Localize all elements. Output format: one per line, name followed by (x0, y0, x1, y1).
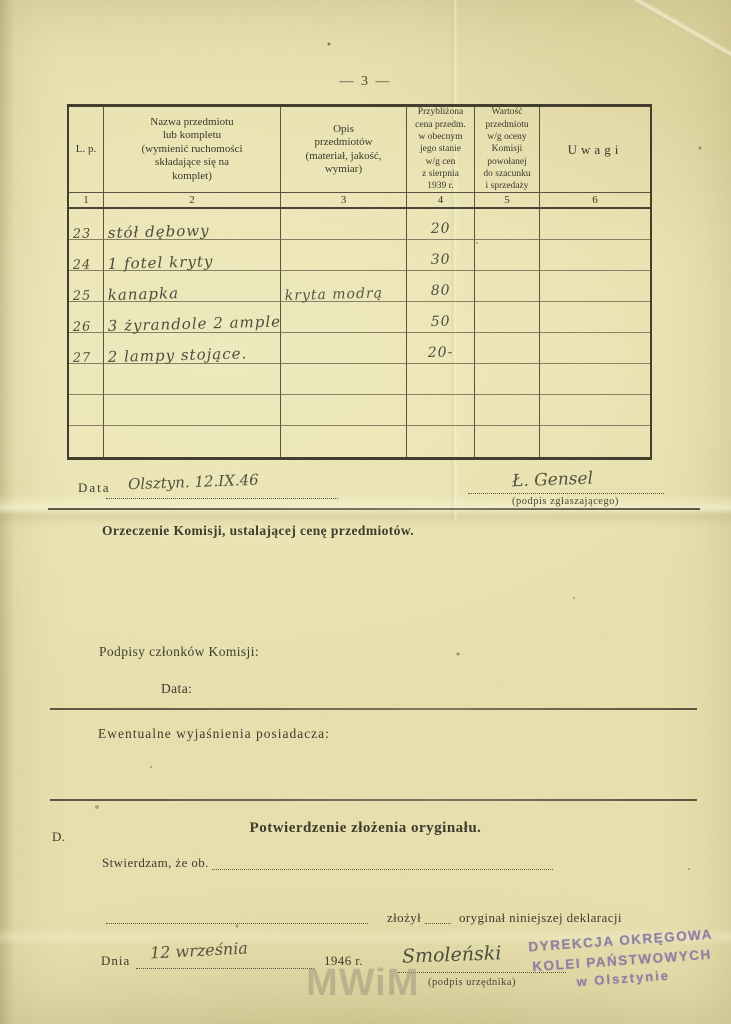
separator-rule (50, 708, 697, 710)
committee-verdict-label: Orzeczenie Komisji, ustalającej cenę prz… (102, 523, 414, 539)
confirmation-title: Potwierdzenie złożenia oryginału. (0, 820, 731, 837)
header-cell-nazwa: Nazwa przedmiotu lub kompletu (wymienić … (103, 107, 280, 193)
item-name: 3 żyrandole 2 ample (108, 312, 282, 335)
item-price-1939: 20 (430, 220, 450, 237)
paper-specks (0, 0, 2, 2)
column-number: 6 (539, 193, 650, 209)
item-price-1939: 20- (427, 344, 453, 361)
column-number: 5 (474, 193, 539, 209)
header-cell-uwagi: Uwagi (539, 107, 650, 193)
museum-watermark: MWiM (306, 962, 419, 1005)
dnia-line (136, 967, 314, 969)
header-cell-wartosc: Wartość przedmiotu w/g oceny Komisji pow… (474, 107, 539, 193)
header-cell-cena: Przybliżona cena przedm. w obecnym jego … (406, 107, 474, 193)
citizen-name-line (212, 868, 553, 870)
declaration-original-label: oryginał niniejszej deklaracji (459, 910, 622, 926)
page-number: — 3 — (0, 74, 731, 90)
declarant-signature: Ł. Gensel (512, 469, 594, 492)
committee-signatures-label: Podpisy członków Komisji: (99, 644, 259, 660)
blank-line-short (425, 922, 451, 924)
owner-explanations-label: Ewentualne wyjaśnienia posiadacza: (98, 726, 330, 742)
column-number: 1 (69, 193, 103, 209)
header-cell-opis: Opis przedmiotów (materiał, jakość, wymi… (280, 107, 406, 193)
item-price-1939: 30 (430, 251, 450, 268)
date-line (106, 497, 338, 499)
official-signature-caption: (podpis urzędnika) (428, 977, 516, 988)
date-label: Data (78, 480, 111, 496)
separator-rule (50, 799, 697, 801)
column-number: 2 (103, 193, 280, 209)
corner-fold-crease (563, 0, 731, 112)
handwritten-day-month: 12 września (150, 938, 249, 962)
column-number: 4 (406, 193, 474, 209)
blank-line (106, 922, 368, 924)
handwritten-date: Olsztyn. 12.IX.46 (128, 471, 259, 494)
item-name: 2 lampy stojące. (108, 344, 248, 366)
dnia-label: Dnia (101, 953, 130, 969)
item-price-1939: 80 (430, 282, 450, 299)
railway-directorate-stamp: DYREKCJA OKRĘGOWA KOLEI PAŃSTWOWYCH w Ol… (524, 924, 720, 995)
stwierdzam-label: Stwierdzam, że ob. (102, 855, 209, 871)
item-name: stół dębowy (108, 221, 210, 242)
declarant-signature-caption: (podpis zgłaszającego) (512, 496, 619, 507)
zlozyl-label: złożył (387, 910, 421, 926)
header-cell-lp: L. p. (69, 107, 103, 193)
column-number: 3 (280, 193, 406, 209)
inventory-table: L. p. Nazwa przedmiotu lub kompletu (wym… (67, 104, 652, 460)
item-name: 1 fotel kryty (108, 252, 214, 273)
separator-rule (48, 508, 700, 510)
item-price-1939: 50 (430, 313, 450, 330)
committee-date-label: Data: (161, 681, 192, 697)
document-page: — 3 — L. p. Nazwa przedmiotu lub komplet… (0, 0, 731, 1024)
declarant-signature-line (468, 492, 664, 494)
